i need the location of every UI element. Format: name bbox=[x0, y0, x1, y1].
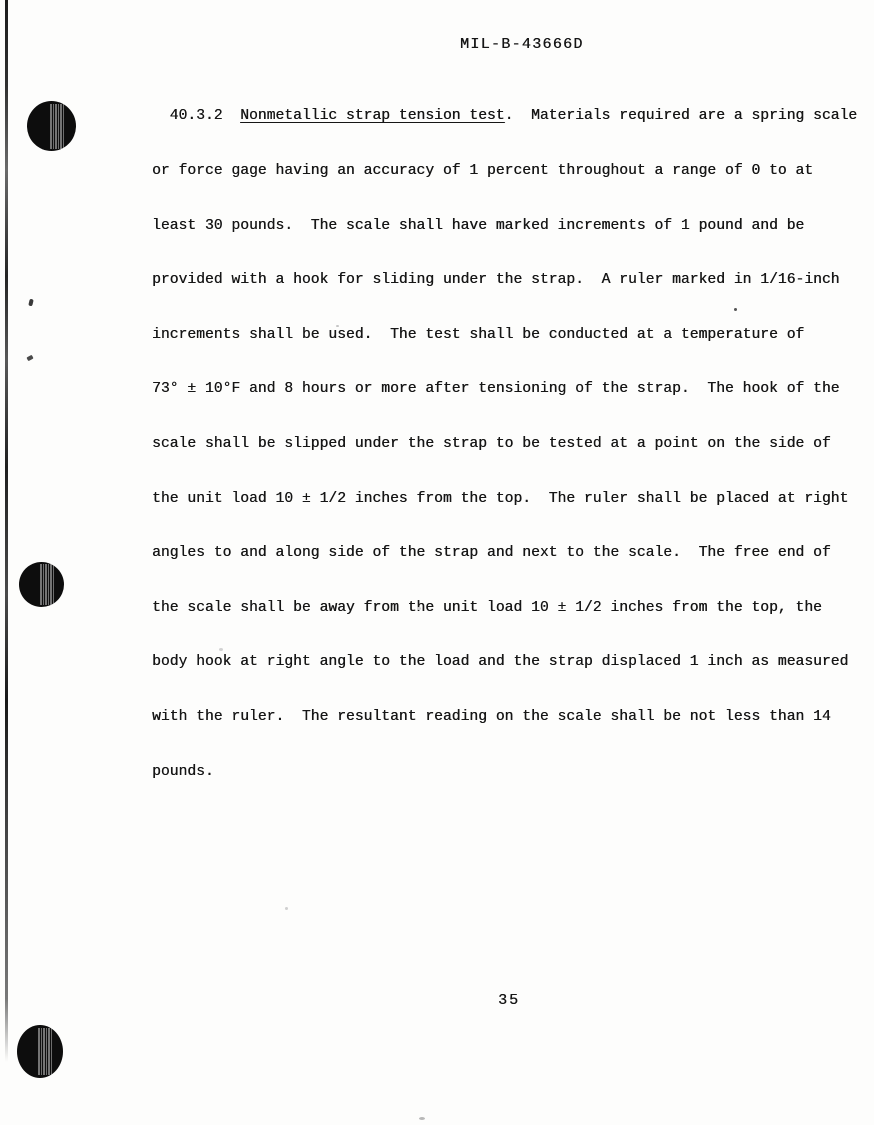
scan-speck bbox=[419, 1117, 425, 1120]
scan-speck bbox=[28, 299, 34, 307]
hole-punch-middle bbox=[19, 562, 64, 607]
paragraph-40-3-2: 40.3.2 Nonmetallic strap tension test. M… bbox=[152, 71, 857, 817]
scan-speck bbox=[26, 355, 33, 361]
scan-speck bbox=[734, 308, 737, 311]
scan-speck bbox=[285, 907, 288, 910]
paragraph-line-11: body hook at right angle to the load and… bbox=[152, 653, 857, 671]
paragraph-line-13: pounds. bbox=[152, 763, 857, 781]
scan-speck bbox=[417, 607, 421, 610]
paragraph-line-8: the unit load 10 ± 1/2 inches from the t… bbox=[152, 490, 857, 508]
document-id-header: MIL-B-43666D bbox=[460, 36, 584, 53]
scan-edge-line bbox=[5, 0, 8, 1062]
hole-punch-texture bbox=[39, 564, 54, 605]
paragraph-line-5: increments shall be used. The test shall… bbox=[152, 326, 857, 344]
paragraph-line-10: the scale shall be away from the unit lo… bbox=[152, 599, 857, 617]
hole-punch-texture bbox=[49, 104, 66, 149]
paragraph-line-2: or force gage having an accuracy of 1 pe… bbox=[152, 162, 857, 180]
paragraph-title: Nonmetallic strap tension test bbox=[240, 108, 504, 124]
hole-punch-texture bbox=[37, 1028, 53, 1076]
paragraph-line-9: angles to and along side of the strap an… bbox=[152, 544, 857, 562]
paragraph-line-12: with the ruler. The resultant reading on… bbox=[152, 708, 857, 726]
paragraph-line-4: provided with a hook for sliding under t… bbox=[152, 271, 857, 289]
scan-speck bbox=[336, 325, 339, 327]
paragraph-number: 40.3.2 bbox=[152, 108, 240, 124]
paragraph-line-7: scale shall be slipped under the strap t… bbox=[152, 435, 857, 453]
paragraph-line-1-rest: . Materials required are a spring scale bbox=[505, 108, 858, 124]
hole-punch-top bbox=[27, 101, 76, 151]
page-number: 35 bbox=[498, 992, 520, 1009]
scanned-document-page: MIL-B-43666D 40.3.2 Nonmetallic strap te… bbox=[0, 0, 874, 1125]
paragraph-line-1: 40.3.2 Nonmetallic strap tension test. M… bbox=[152, 107, 857, 125]
scan-speck bbox=[219, 648, 223, 651]
paragraph-line-6: 73° ± 10°F and 8 hours or more after ten… bbox=[152, 380, 857, 398]
hole-punch-bottom bbox=[17, 1025, 63, 1078]
paragraph-line-3: least 30 pounds. The scale shall have ma… bbox=[152, 217, 857, 235]
